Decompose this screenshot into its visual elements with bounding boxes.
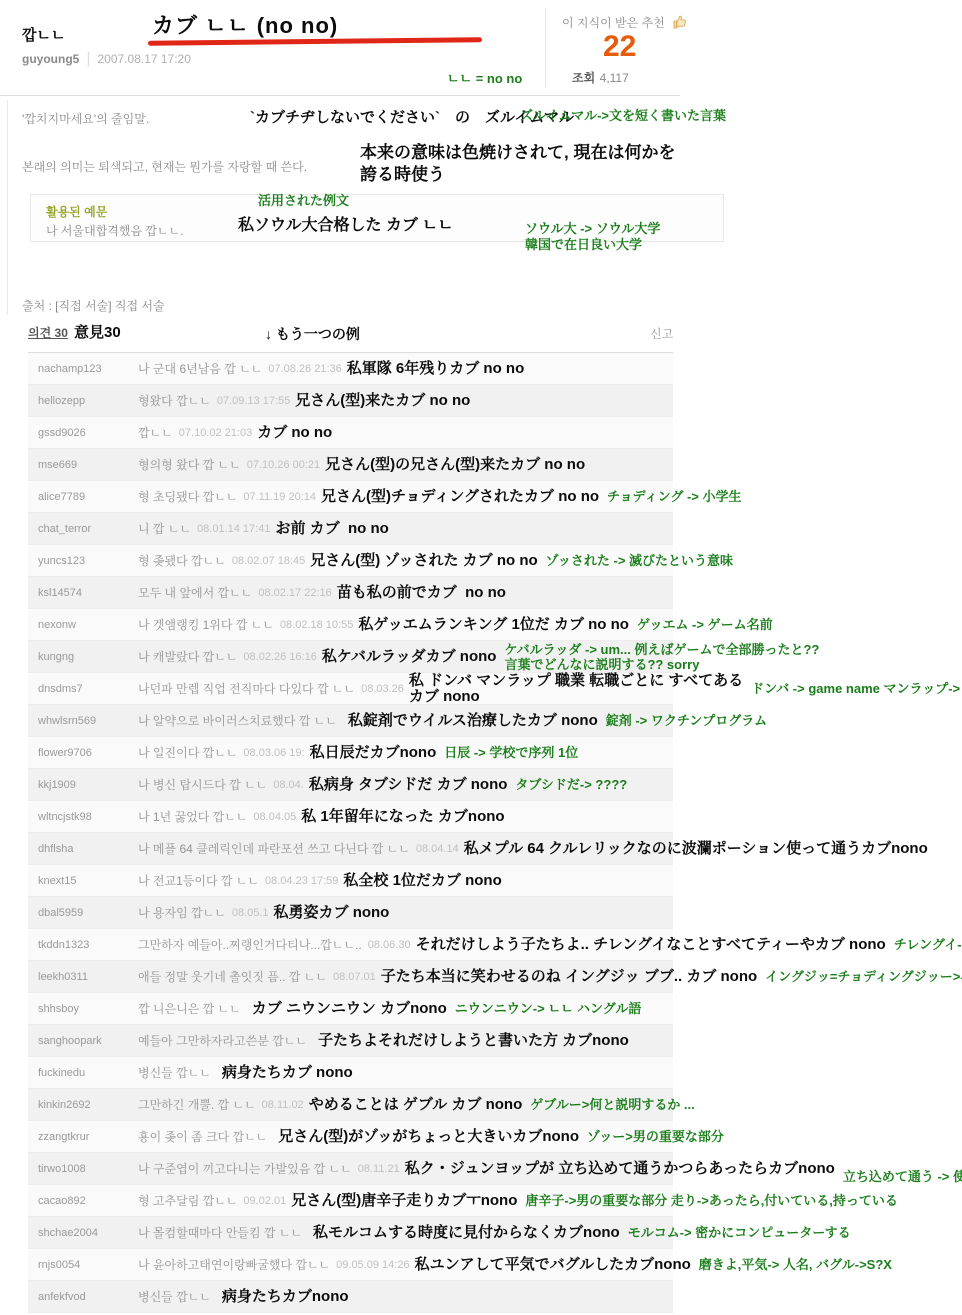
author-link[interactable]: guyoung5 (22, 52, 79, 66)
comment-text-kr: 모두 내 앞에서 깝ㄴㄴ (138, 584, 252, 601)
body-line1-kr: '깝치지마세요'의 줄임말. (22, 110, 149, 127)
comment-username[interactable]: whwlsrn569 (28, 715, 138, 727)
comment-annotation-jp: 私メプル 64 クルレリックなのに波瀾ポーション使って通うカブnono (464, 841, 928, 857)
comment-text-kr: 나 캐발랐다 깝ㄴㄴ (138, 648, 237, 665)
comment-username[interactable]: tkddn1323 (28, 939, 138, 951)
comment-username[interactable]: fuckinedu (28, 1067, 138, 1079)
comment-row: fuckinedu 병신들 깝ㄴㄴ 病身たちカブ nono (28, 1057, 673, 1089)
example-label-annotation-jp: 活用された例文 (258, 193, 349, 209)
comment-annotation-jp: 私錠剤でウイルス治療したカブ nono (348, 713, 598, 729)
comment-annotation-jp: 苗も私の前でカブ no no (337, 585, 506, 601)
recommend-label-text: 이 지식이 받은 추천 (562, 16, 665, 30)
comment-row: leekh0311 애들 정말 웃기네 촐잇짓 픔.. 깝 ㄴㄴ 08.07.0… (28, 961, 673, 993)
comment-annotation-jp: 病身たちカブ nono (222, 1065, 353, 1081)
comment-annotation-jp: 私ケバルラッダカブ nono (322, 649, 497, 665)
comment-date: 09.02.01 (243, 1195, 286, 1207)
comment-text-kr: 나 메플 64 클레릭인데 파란포션 쓰고 다닌다 깝 ㄴㄴ (138, 840, 410, 857)
comment-date: 08.02.18 10:55 (280, 619, 353, 631)
comment-row: tkddn1323 그만하자 예들아..찌랭인거다티나...깝ㄴㄴ.. 08.0… (28, 929, 673, 961)
comment-annotation-jp: 私病身 タブシドだ カブ nono (309, 777, 508, 793)
comment-username[interactable]: mse669 (28, 459, 138, 471)
comment-text-kr: 나 알약으로 바이러스치료했다 깝 ㄴㄴ (138, 712, 337, 729)
comment-annotation-jp: 病身たちカブnono (222, 1289, 349, 1305)
example-label-kr: 활용된 예문 (46, 203, 107, 220)
comment-text-kr: 나 병신 탑시드다 깝 ㄴㄴ (138, 776, 267, 793)
comment-date: 08.03.26 (361, 683, 404, 695)
comment-username[interactable]: gssd9026 (28, 427, 138, 439)
comment-row: yuncs123 형 좆됐다 깝ㄴㄴ 08.02.07 18:45 兄さん(型)… (28, 545, 673, 577)
comment-annotation-jp: 私 ドンバ マンラップ 職業 転職ごとに すべてある カブ nono (409, 673, 743, 705)
body-line2-annotation-jp: 本来の意味は色焼けされて, 現在は何かを 誇る時使う (360, 142, 675, 186)
views-label: 조회 (572, 71, 595, 85)
comment-text-kr: 애들 정말 웃기네 촐잇짓 픔.. 깝 ㄴㄴ (138, 968, 327, 985)
comment-text-kr: 형 초딩됐다 깝ㄴㄴ (138, 488, 237, 505)
comment-username[interactable]: nexonw (28, 619, 138, 631)
comment-text-kr: 깝 니은니은 깝 ㄴㄴ (138, 1000, 241, 1017)
comment-text-kr: 나 용자임 깝ㄴㄴ (138, 904, 226, 921)
comment-row: dbal5959 나 용자임 깝ㄴㄴ 08.05.1 私勇姿カブ nono (28, 897, 673, 929)
title-annotation-jp: カブ ㄴㄴ (no no) (152, 9, 338, 40)
comment-row: knext15 나 전교1등이다 깝 ㄴㄴ 08.04.23 17:59 私全校… (28, 865, 673, 897)
comment-text-kr: 나 구준엽이 끼고다니는 가발있음 깝 ㄴㄴ (138, 1160, 352, 1177)
comment-date: 08.02.26 16:16 (243, 651, 316, 663)
comment-annotation-jp: 子たちよそれだけしようと書いた方 カブnono (318, 1033, 629, 1049)
comment-annotation-jp: 兄さん(型)チョディングされたカブ no no (321, 489, 599, 505)
comment-row: ksl14574 모두 내 앞에서 깝ㄴㄴ 08.02.17 22:16 苗も私… (28, 577, 673, 609)
comment-row: shchae2004 나 몰컴할때마다 안들킴 깝 ㄴㄴ 私モルコムする時度に見… (28, 1217, 673, 1249)
comment-row: mse669 형의형 왔다 깝 ㄴㄴ 07.10.26 00:21 兄さん(型)… (28, 449, 673, 481)
comment-row: nexonw 나 겟앰랭킹 1위다 깝 ㄴㄴ 08.02.18 10:55 私ゲ… (28, 609, 673, 641)
comment-row: chat_terror 니 깝 ㄴㄴ 08.01.14 17:41 お前 カブ … (28, 513, 673, 545)
comment-annotation-jp: 兄さん(型)来たカブ no no (295, 393, 470, 409)
comment-annotation-green: ケバルラッダ -> um... 例えばゲームで全部勝ったと?? 言葉でどんなに説… (504, 642, 819, 672)
comment-annotation-jp: 私 1年留年になった カブnono (301, 809, 504, 825)
comment-row: sanghoopark 예들아 그만하자라고쓴분 깝ㄴㄴ 子たちよそれだけしよう… (28, 1025, 673, 1057)
comment-username[interactable]: kungng (28, 651, 138, 663)
comment-text-kr: 나 겟앰랭킹 1위다 깝 ㄴㄴ (138, 616, 274, 633)
header-rule (0, 95, 680, 96)
comment-annotation-green: チレングイ-> 学校で遊ぶ事ができない子たち? (894, 937, 962, 952)
comment-annotation-green: チョディング -> 小学生 (607, 489, 741, 504)
comment-annotation-green: 錠剤 -> ワクチンプログラム (606, 713, 767, 728)
opinions-annotation-jp: 意見30 (74, 321, 121, 342)
comment-date: 08.03.06 19: (243, 747, 304, 759)
comment-annotation-green: ゲッエム -> ゲーム名前 (637, 617, 773, 632)
comment-annotation-jp: 私ユンアして平気でバグルしたカブnono (415, 1257, 691, 1273)
comment-date: 08.04.23 17:59 (265, 875, 338, 887)
comment-annotation-jp: 私ゲッエムランキング 1位だ カブ no no (358, 617, 629, 633)
comment-row: kinkin2692 그만하긴 개뿔. 깝 ㄴㄴ 08.11.02 やめることは… (28, 1089, 673, 1121)
header-note-green: ㄴㄴ = no no (447, 71, 522, 87)
comment-date: 08.01.14 17:41 (197, 523, 270, 535)
header-vertical-divider (545, 8, 546, 88)
comment-text-kr: 병신들 깝ㄴㄴ (138, 1288, 211, 1305)
comment-text-kr: 나 윤아하고태연이랑빠굴했다 깝ㄴㄴ (138, 1256, 330, 1273)
comment-row: dhflsha 나 메플 64 클레릭인데 파란포션 쓰고 다닌다 깝 ㄴㄴ 0… (28, 833, 673, 865)
comment-date: 08.07.01 (333, 971, 376, 983)
comment-row: nachamp123 나 군대 6년남음 깝 ㄴㄴ 07.08.26 21:36… (28, 353, 673, 385)
comment-row: gssd9026 깝ㄴㄴ 07.10.02 21:03 カブ no no (28, 417, 673, 449)
comment-row: whwlsrn569 나 알약으로 바이러스치료했다 깝 ㄴㄴ 私錠剤でウイルス… (28, 705, 673, 737)
comment-username[interactable]: yuncs123 (28, 555, 138, 567)
comment-text-kr: 예들아 그만하자라고쓴분 깝ㄴㄴ (138, 1032, 307, 1049)
comment-annotation-jp: 兄さん(型)唐辛子走りカブㅜnono (291, 1193, 517, 1209)
comment-username[interactable]: alice7789 (28, 491, 138, 503)
comment-annotation-green: 磨きよ,平気-> 人名, バグル->S?X (699, 1257, 892, 1272)
comment-annotation-jp: 私全校 1位だカブ nono (343, 873, 501, 889)
comment-annotation-green: 立ち込めて通う -> 使って通う (843, 1154, 962, 1184)
comment-username[interactable]: zzangtkrur (28, 1131, 138, 1143)
comment-text-kr: 형의형 왔다 깝 ㄴㄴ (138, 456, 241, 473)
comment-annotation-jp: カブ no no (257, 425, 332, 441)
page-title: 깝ㄴㄴ (22, 24, 65, 45)
comment-text-kr: 횽이 좆이 좀 크다 깝ㄴㄴ (138, 1128, 267, 1145)
comment-annotation-green: ニウンニウン-> ㄴㄴ ハングル語 (455, 1001, 642, 1016)
comment-date: 07.08.26 21:36 (268, 363, 341, 375)
comment-username[interactable]: shchae2004 (28, 1227, 138, 1239)
comment-row: flower9706 나 일진이다 깝ㄴㄴ 08.03.06 19: 私日辰だカ… (28, 737, 673, 769)
comment-username[interactable]: anfekfvod (28, 1291, 138, 1303)
comment-text-kr: 나 1년 꿇었다 깝ㄴㄴ (138, 808, 247, 825)
comment-username[interactable]: cacao892 (28, 1195, 138, 1207)
comment-date: 09.05.09 14:26 (336, 1259, 409, 1271)
views-value: 4,117 (600, 71, 629, 85)
comment-annotation-jp: 兄さん(型) ゾッされた カブ no no (310, 553, 537, 569)
comment-annotation-green: ゾッー>男の重要な部分 (587, 1129, 724, 1144)
comment-date: 08.04.05 (253, 811, 296, 823)
page: 깝ㄴㄴ カブ ㄴㄴ (no no) guyoung5|2007.08.17 17… (0, 0, 962, 1315)
comment-annotation-jp: 私軍隊 6年残りカブ no no (347, 361, 525, 377)
report-link[interactable]: 신고 (650, 325, 673, 342)
comment-username[interactable]: dhflsha (28, 843, 138, 855)
comment-username[interactable]: wltncjstk98 (28, 811, 138, 823)
comment-annotation-green: モルコム-> 密かにコンピューターする (628, 1225, 851, 1240)
comment-annotation-jp: 私モルコムする時度に見付からなくカブnono (313, 1225, 620, 1241)
comment-text-kr: 형 좆됐다 깝ㄴㄴ (138, 552, 226, 569)
comment-username[interactable]: tirwo1008 (28, 1163, 138, 1175)
comment-username[interactable]: knext15 (28, 875, 138, 887)
comment-username[interactable]: nachamp123 (28, 363, 138, 375)
comment-username[interactable]: flower9706 (28, 747, 138, 759)
comment-annotation-green: 日辰 -> 学校で序列 1位 (444, 745, 578, 760)
comment-username[interactable]: kinkin2692 (28, 1099, 138, 1111)
body-line2-kr: 본래의 의미는 퇴색되고, 현재는 뭔가를 자랑할 때 쓴다. (22, 158, 307, 175)
comment-row: wltncjstk98 나 1년 꿇었다 깝ㄴㄴ 08.04.05 私 1年留年… (28, 801, 673, 833)
comment-username[interactable]: dbal5959 (28, 907, 138, 919)
comment-row: anfekfvod 병신들 깝ㄴㄴ 病身たちカブnono (28, 1281, 673, 1313)
comment-row: kungng 나 캐발랐다 깝ㄴㄴ 08.02.26 16:16 私ケバルラッダ… (28, 641, 673, 673)
example-note-green: ソウル大 -> ソウル大学 韓国で在日良い大学 (525, 221, 660, 253)
comment-annotation-jp: 私ク・ジュンヨップが 立ち込めて通うかつらあったらカブnono (405, 1161, 835, 1177)
comment-date: 07.10.02 21:03 (179, 427, 252, 439)
comment-text-kr: 깝ㄴㄴ (138, 424, 173, 441)
comment-row: tirwo1008 나 구준엽이 끼고다니는 가발있음 깝 ㄴㄴ 08.11.2… (28, 1153, 673, 1185)
comment-date: 08.02.07 18:45 (232, 555, 305, 567)
comment-text-kr: 나 전교1등이다 깝 ㄴㄴ (138, 872, 259, 889)
comment-date: 08.04.14 (416, 843, 459, 855)
comment-text-kr: 그만하자 예들아..찌랭인거다티나...깝ㄴㄴ.. (138, 936, 362, 953)
comment-username[interactable]: leekh0311 (28, 971, 138, 983)
comment-username[interactable]: rnjs0054 (28, 1259, 138, 1271)
comment-date: 08.04. (273, 779, 304, 791)
comment-text-kr: 나 군대 6년남음 깝 ㄴㄴ (138, 360, 262, 377)
comment-date: 07.10.26 00:21 (247, 459, 320, 471)
body-line1-note-green: ズルイムマル->文を短く書いた言葉 (520, 108, 726, 124)
post-meta: guyoung5|2007.08.17 17:20 (22, 50, 191, 68)
comment-date: 08.11.02 (262, 1099, 304, 1111)
meta-divider: | (86, 50, 90, 67)
comment-row: shhsboy 깝 니은니은 깝 ㄴㄴ カブ ニウンニウン カブnono ニウン… (28, 993, 673, 1025)
comment-row: zzangtkrur 횽이 좆이 좀 크다 깝ㄴㄴ 兄さん(型)がゾッがちょっと… (28, 1121, 673, 1153)
thumbs-up-icon[interactable] (672, 14, 688, 33)
comment-annotation-jp: 私勇姿カブ nono (274, 905, 390, 921)
comment-date: 08.02.17 22:16 (258, 587, 331, 599)
comment-row: cacao892 형 고추달림 깝ㄴㄴ 09.02.01 兄さん(型)唐辛子走り… (28, 1185, 673, 1217)
comment-date: 08.05.1 (232, 907, 269, 919)
views: 조회 4,117 (572, 69, 629, 87)
comment-text-kr: 나 일진이다 깝ㄴㄴ (138, 744, 237, 761)
comment-annotation-green: ドンバ -> game name マンラップ-> ゲームレベル終り (751, 681, 962, 696)
comment-row: dnsdms7 나던파 만렙 직업 전직마다 다있다 깝 ㄴㄴ 08.03.26… (28, 673, 673, 705)
opinions-count-link[interactable]: 의견 30 (28, 324, 68, 341)
comment-annotation-jp: 兄さん(型)がゾッがちょっと大きいカブnono (278, 1129, 579, 1145)
comment-username[interactable]: sanghoopark (28, 1035, 138, 1047)
source-line: 출처 : [직접 서술] 직접 서술 (22, 297, 165, 314)
comment-row: alice7789 형 초딩됐다 깝ㄴㄴ 07.11.19 20:14 兄さん(… (28, 481, 673, 513)
comment-annotation-jp: 私日辰だカブnono (310, 745, 437, 761)
comment-annotation-jp: お前 カブ no no (275, 521, 388, 537)
comment-annotation-jp: 兄さん(型)の兄さん(型)来たカブ no no (325, 457, 585, 473)
example-text-kr: 나 서울대합격했음 깝ㄴㄴ. (46, 222, 184, 239)
comment-annotation-green: ゾッされた -> 滅びたという意味 (546, 553, 733, 568)
recommend-count: 22 (603, 30, 636, 64)
more-example-annotation-jp: ↓ もう一つの例 (265, 324, 360, 344)
comment-text-kr: 형 고추달림 깝ㄴㄴ (138, 1192, 237, 1209)
comment-username[interactable]: chat_terror (28, 523, 138, 535)
comment-date: 08.06.30 (368, 939, 411, 951)
comment-annotation-green: タブシドだ-> ???? (515, 777, 627, 792)
comment-text-kr: 니 깝 ㄴㄴ (138, 520, 191, 537)
comment-username[interactable]: kkj1909 (28, 779, 138, 791)
comment-text-kr: 나던파 만렙 직업 전직마다 다있다 깝 ㄴㄴ (138, 680, 355, 697)
comment-annotation-green: ゲブルー>何と説明するか ... (530, 1097, 695, 1112)
comment-text-kr: 나 몰컴할때마다 안들킴 깝 ㄴㄴ (138, 1224, 302, 1241)
comment-row: kkj1909 나 병신 탑시드다 깝 ㄴㄴ 08.04. 私病身 タブシドだ … (28, 769, 673, 801)
comment-username[interactable]: ksl14574 (28, 587, 138, 599)
comment-text-kr: 형왔다 깝ㄴㄴ (138, 392, 211, 409)
comment-username[interactable]: hellozepp (28, 395, 138, 407)
comment-username[interactable]: shhsboy (28, 1003, 138, 1015)
comment-row: hellozepp 형왔다 깝ㄴㄴ 07.09.13 17:55 兄さん(型)来… (28, 385, 673, 417)
comment-date: 07.09.13 17:55 (217, 395, 290, 407)
comment-username[interactable]: dnsdms7 (28, 683, 138, 695)
comment-annotation-green: 唐辛子->男の重要な部分 走り->あったら,付いている,持っている (525, 1193, 898, 1208)
comment-annotation-green: イングジッ=チョディングジッー>小学生たちがしぶり (765, 969, 962, 984)
comment-annotation-jp: それだけしよう子たちよ.. チレングイなことすべてティーやカブ nono (416, 937, 886, 953)
comments-list: nachamp123 나 군대 6년남음 깝 ㄴㄴ 07.08.26 21:36… (28, 352, 673, 1313)
comment-text-kr: 병신들 깝ㄴㄴ (138, 1064, 211, 1081)
comment-annotation-jp: 子たち本当に笑わせるのね イングジッ ブブ.. カブ nono (381, 969, 757, 985)
content-left-border (7, 100, 8, 315)
post-date: 2007.08.17 17:20 (97, 52, 190, 66)
comment-row: rnjs0054 나 윤아하고태연이랑빠굴했다 깝ㄴㄴ 09.05.09 14:… (28, 1249, 673, 1281)
comment-date: 07.11.19 20:14 (243, 491, 316, 503)
comment-annotation-jp: カブ ニウンニウン カブnono (252, 1001, 447, 1017)
comment-date: 08.11.21 (358, 1163, 400, 1175)
example-annotation-jp: 私ソウル大合格した カブ ㄴㄴ (238, 212, 453, 235)
comment-annotation-jp: やめることは ゲブル カブ nono (309, 1097, 523, 1113)
comment-text-kr: 그만하긴 개뿔. 깝 ㄴㄴ (138, 1096, 256, 1113)
